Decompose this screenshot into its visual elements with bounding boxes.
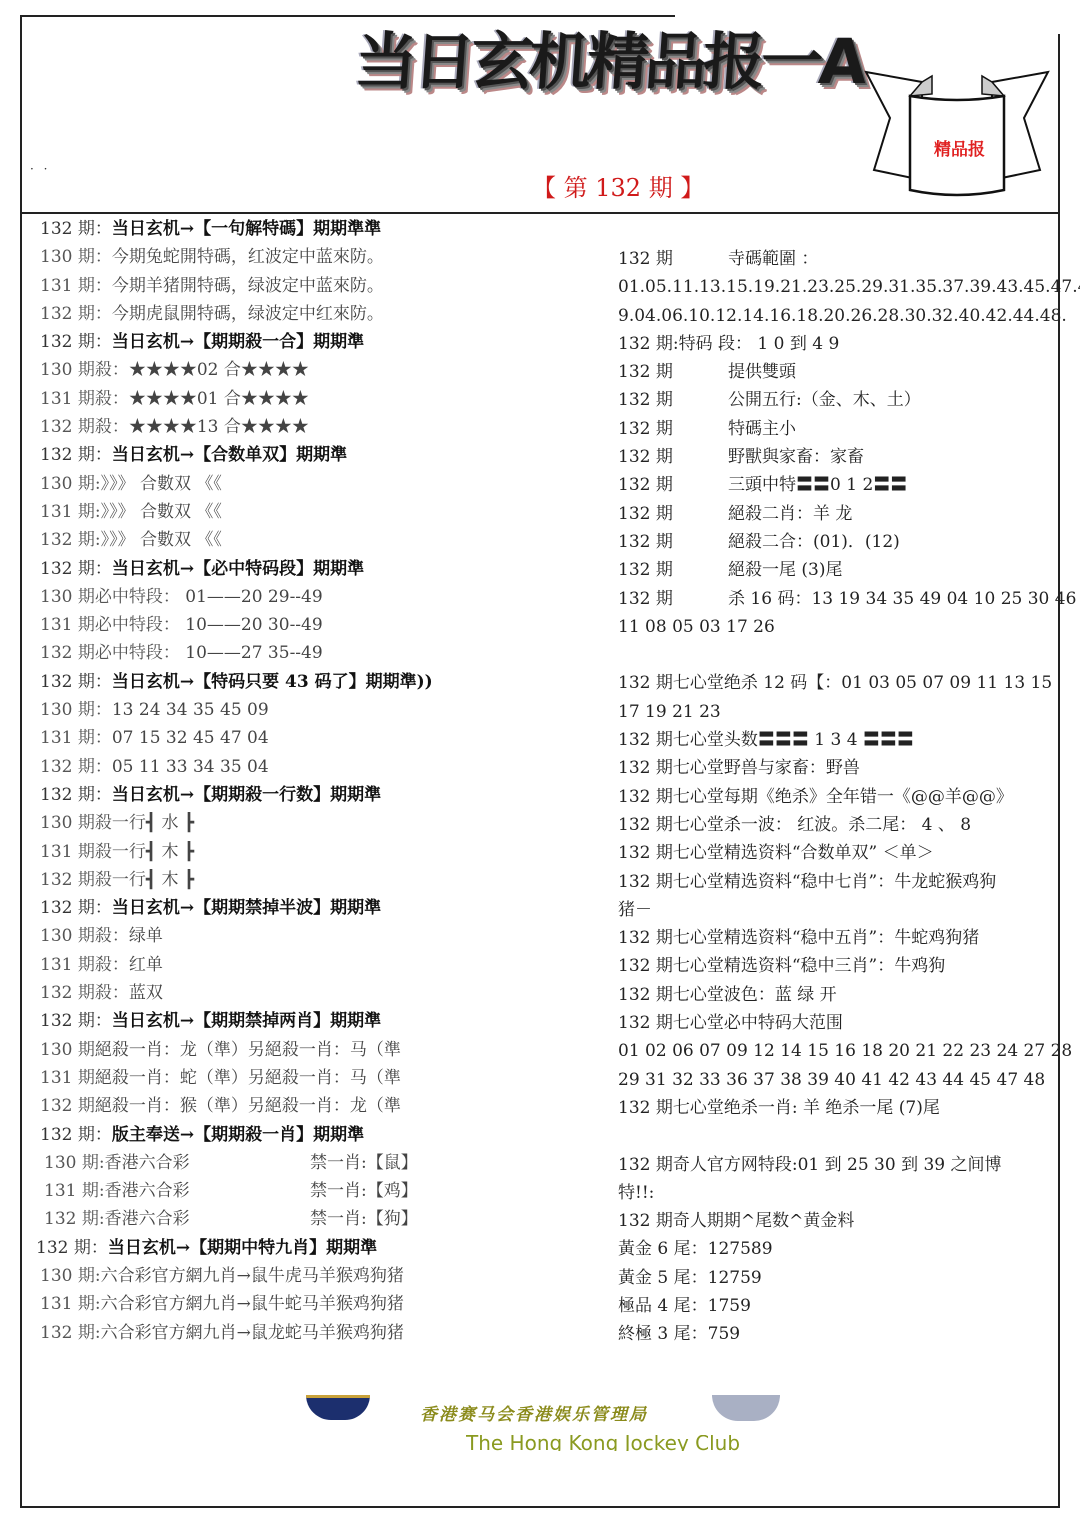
period-label: 132 期： xyxy=(40,898,112,918)
period-label: 130 期: xyxy=(40,1266,101,1286)
list-item: 130 期殺一行┫ 水 ┣ xyxy=(40,809,600,837)
item-text: 今期羊猪開特碼，绿波定中蓝來防。 xyxy=(112,276,384,296)
period-label: 130 期: xyxy=(44,1153,105,1173)
list-item: 終極 3 尾：759 xyxy=(618,1320,1048,1348)
item-text: 》》》 合數双 《《 xyxy=(101,474,222,494)
list-item: 132 期：今期虎鼠開特碼，绿波定中红來防。 xyxy=(40,300,600,328)
list-item: 132 期七心堂精选资料“稳中五肖”：牛蛇鸡狗猪 xyxy=(618,924,1048,952)
item-text: 六合彩官方網九肖→鼠牛蛇马羊猴鸡狗猪 xyxy=(101,1294,404,1314)
period-label: 130 期： xyxy=(40,700,112,720)
item-text: 当日玄机→【期期殺一合】期期準 xyxy=(112,332,364,352)
list-item: 132 期絕殺一肖：猴（準）另絕殺一肖：龙（準 xyxy=(40,1092,600,1120)
item-text: ┫ 木 ┣ xyxy=(146,842,194,862)
period-label: 130 期： xyxy=(40,247,112,267)
footer-english-text: The Hong Kong Jockey Club xyxy=(466,1435,740,1451)
list-item: 132 期七心堂每期《绝杀》全年错一《@@羊@@》 xyxy=(618,783,1048,811)
issue-number: 【 第 132 期 】 xyxy=(532,168,704,203)
item-text: 11 08 05 03 17 26 xyxy=(618,617,775,637)
banner-label: 精品报 xyxy=(934,135,985,160)
list-item: 132 期杀 16 码：13 19 34 35 49 04 10 25 30 4… xyxy=(618,585,1048,613)
period-label: 132 期: xyxy=(40,530,101,550)
period-label: 132 期： xyxy=(40,672,112,692)
period-label: 131 期殺： xyxy=(40,955,129,975)
item-text: ★★★★02 合★★★★ xyxy=(129,360,309,380)
list-item: 132 期特碼主小 xyxy=(618,415,1048,443)
item-text: 13 24 34 35 45 09 xyxy=(112,700,269,720)
period-label: 132 期： xyxy=(40,332,112,352)
list-item: 132 期七心堂精选资料“稳中三肖”：牛鸡狗 xyxy=(618,952,1048,980)
item-text: 香港六合彩 xyxy=(105,1209,190,1229)
period-label: 132 期必中特段： xyxy=(40,643,180,663)
period-label: 132 期 xyxy=(618,585,728,613)
period-label: 132 期： xyxy=(40,559,112,579)
list-item: 132 期七心堂绝杀 12 码【：01 03 05 07 09 11 13 15 xyxy=(618,669,1048,697)
period-label: 130 期殺： xyxy=(40,926,129,946)
period-label: 132 期 xyxy=(618,471,728,499)
list-item: 132 期:香港六合彩禁一肖:【狗】 xyxy=(40,1205,600,1233)
list-item: 130 期：13 24 34 35 45 09 xyxy=(40,696,600,724)
list-item: 9.04.06.10.12.14.16.18.20.26.28.30.32.40… xyxy=(618,302,1048,330)
list-item: 131 期:香港六合彩禁一肖:【鸡】 xyxy=(40,1177,600,1205)
item-text: 香港六合彩 xyxy=(105,1153,190,1173)
period-label: 132 期： xyxy=(40,445,112,465)
item-text: 17 19 21 23 xyxy=(618,702,721,722)
item-text: 三頭中特〓〓0 1 2〓〓 xyxy=(728,475,907,495)
period-label: 132 期: xyxy=(44,1209,105,1229)
list-item: 17 19 21 23 xyxy=(618,698,1048,726)
item-text: 132 期七心堂头数〓〓〓 1 3 4 〓〓〓 xyxy=(618,730,914,750)
period-label: 132 期 xyxy=(618,245,728,273)
item-text: 绿单 xyxy=(129,926,163,946)
list-item: 01.05.11.13.15.19.21.23.25.29.31.35.37.3… xyxy=(618,273,1048,301)
period-label: 131 期： xyxy=(40,276,112,296)
list-item: 131 期絕殺一肖：蛇（準）另絕殺一肖：马（準 xyxy=(40,1064,600,1092)
list-item: 131 期殺：★★★★01 合★★★★ xyxy=(40,385,600,413)
frame-top-border xyxy=(20,15,675,17)
list-item: 132 期七心堂绝杀一肖: 羊 绝杀一尾 (7)尾 xyxy=(618,1094,1048,1122)
item-text: 六合彩官方網九肖→鼠牛虎马羊猴鸡狗猪 xyxy=(101,1266,404,1286)
header-divider xyxy=(20,212,1060,214)
list-item: 黃金 5 尾：12759 xyxy=(618,1264,1048,1292)
period-label: 132 期： xyxy=(40,757,112,777)
item-right-text: 禁一肖:【鼠】 xyxy=(310,1149,418,1177)
item-text: 05 11 33 34 35 04 xyxy=(112,757,269,777)
list-item: 猪－ xyxy=(618,896,1048,924)
frame-left-border xyxy=(20,15,22,1508)
list-item: 132 期七心堂必中特码大范围 xyxy=(618,1009,1048,1037)
item-text: 公開五行:（金、木、土） xyxy=(728,390,921,410)
period-label: 132 期 xyxy=(618,386,728,414)
period-label: 131 期必中特段： xyxy=(40,615,180,635)
period-label: 132 期殺一行 xyxy=(40,870,146,890)
item-text: 07 15 32 45 47 04 xyxy=(112,728,269,748)
item-text: 当日玄机→【一句解特碼】期期準準 xyxy=(112,219,381,239)
item-text: 今期虎鼠開特碼，绿波定中红來防。 xyxy=(112,304,384,324)
period-label: 130 期 xyxy=(40,1040,95,1060)
section-heading: 132 期：版主奉送→【期期殺一肖】期期準 xyxy=(40,1121,600,1149)
item-text: ┫ 水 ┣ xyxy=(146,813,194,833)
item-text: ┫ 木 ┣ xyxy=(146,870,194,890)
list-item: 132 期公開五行:（金、木、土） xyxy=(618,386,1048,414)
period-label: 132 期 xyxy=(618,443,728,471)
list-item: 132 期三頭中特〓〓0 1 2〓〓 xyxy=(618,471,1048,499)
period-label: 132 期： xyxy=(40,219,112,239)
period-label: 131 期殺一行 xyxy=(40,842,146,862)
item-text: 132 期七心堂精选资料“稳中五肖”：牛蛇鸡狗猪 xyxy=(618,928,979,948)
list-item: 131 期必中特段： 10——20 30--49 xyxy=(40,611,600,639)
item-text: 当日玄机→【期期禁掉两肖】期期準 xyxy=(112,1011,381,1031)
period-label: 132 期殺： xyxy=(40,983,129,1003)
period-label: 131 期: xyxy=(44,1181,105,1201)
list-item: 132 期七心堂精选资料“稳中七肖”：牛龙蛇猴鸡狗 xyxy=(618,868,1048,896)
period-label: 132 期殺： xyxy=(40,417,129,437)
item-text: 杀 16 码：13 19 34 35 49 04 10 25 30 46 xyxy=(728,589,1076,609)
period-label: 132 期 xyxy=(618,556,728,584)
decorative-dots: · · xyxy=(30,162,50,176)
period-label: 131 期: xyxy=(40,502,101,522)
list-item: 132 期:》》》 合數双 《《 xyxy=(40,526,600,554)
list-item: 132 期七心堂杀一波： 红波。杀二尾： 4 、 8 xyxy=(618,811,1048,839)
item-text: 野獸與家畜：家畜 xyxy=(728,447,864,467)
item-text: 特!!: xyxy=(618,1183,654,1203)
list-item: 132 期奇人官方网特段:01 到 25 30 到 39 之间博 xyxy=(618,1151,1048,1179)
period-label: 131 期: xyxy=(40,1294,101,1314)
list-item: 132 期寺碼範圍 ： xyxy=(618,245,1048,273)
item-text: 132 期七心堂野兽与家畜：野兽 xyxy=(618,758,860,778)
list-item: 132 期奇人期期^尾数^黄金料 xyxy=(618,1207,1048,1235)
list-item: 132 期殺：★★★★13 合★★★★ xyxy=(40,413,600,441)
list-item: 132 期:特码 段： 1 0 到 4 9 xyxy=(618,330,1048,358)
frame-right-border xyxy=(1058,34,1060,1508)
period-label: 132 期： xyxy=(40,785,112,805)
item-text: 01——20 29--49 xyxy=(180,587,323,607)
list-item: 132 期七心堂波色：蓝 绿 开 xyxy=(618,981,1048,1009)
list-item: 131 期殺：红单 xyxy=(40,951,600,979)
item-text: 当日玄机→【必中特码段】期期準 xyxy=(112,559,364,579)
list-item: 黃金 6 尾：127589 xyxy=(618,1235,1048,1263)
list-item: 132 期七心堂头数〓〓〓 1 3 4 〓〓〓 xyxy=(618,726,1048,754)
item-text: 絕殺一肖：龙（準）另絕殺一肖：马（準 xyxy=(95,1040,401,1060)
item-text: 当日玄机→【期期中特九肖】期期準 xyxy=(108,1238,377,1258)
period-label: 132 期： xyxy=(40,304,112,324)
item-text: 極品 4 尾：1759 xyxy=(618,1296,751,1316)
section-heading: 132 期：当日玄机→【合数单双】期期準 xyxy=(40,441,600,469)
item-text: 当日玄机→【期期殺一行数】期期準 xyxy=(112,785,381,805)
item-text: 六合彩官方網九肖→鼠龙蛇马羊猴鸡狗猪 xyxy=(101,1323,404,1343)
item-text: 10——20 30--49 xyxy=(180,615,323,635)
item-text: 132 期七心堂杀一波： 红波。杀二尾： 4 、 8 xyxy=(618,815,971,835)
list-item: 132 期野獸與家畜：家畜 xyxy=(618,443,1048,471)
list-item: 01 02 06 07 09 12 14 15 16 18 20 21 22 2… xyxy=(618,1037,1048,1065)
item-right-text: 禁一肖:【狗】 xyxy=(310,1205,418,1233)
item-text: 香港六合彩 xyxy=(105,1181,190,1201)
list-item: 130 期殺：绿单 xyxy=(40,922,600,950)
list-item: 130 期必中特段： 01——20 29--49 xyxy=(40,583,600,611)
list-item: 131 期殺一行┫ 木 ┣ xyxy=(40,838,600,866)
section-heading: 132 期：当日玄机→【必中特码段】期期準 xyxy=(40,555,600,583)
period-label: 132 期 xyxy=(618,415,728,443)
list-item: 132 期絕殺二肖：羊 龙 xyxy=(618,500,1048,528)
list-item: 特!!: xyxy=(618,1179,1048,1207)
item-text: 寺碼範圍 ： xyxy=(728,249,818,269)
item-text: 今期兔蛇開特碼，红波定中蓝來防。 xyxy=(112,247,384,267)
list-item: 131 期:》》》 合數双 《《 xyxy=(40,498,600,526)
item-text: 132 期七心堂精选资料“稳中三肖”：牛鸡狗 xyxy=(618,956,945,976)
list-item: 132 期必中特段： 10——27 35--49 xyxy=(40,639,600,667)
item-text: 132 期七心堂精选资料“合数单双” ＜单＞ xyxy=(618,843,934,863)
left-column: 132 期：当日玄机→【一句解特碼】期期準準130 期：今期兔蛇開特碼，红波定中… xyxy=(40,215,600,1347)
item-text: 当日玄机→【期期禁掉半波】期期準 xyxy=(112,898,381,918)
list-item: 132 期七心堂精选资料“合数单双” ＜单＞ xyxy=(618,839,1048,867)
list-item: 132 期殺：蓝双 xyxy=(40,979,600,1007)
period-label: 132 期： xyxy=(40,1125,112,1145)
item-text: 終極 3 尾：759 xyxy=(618,1324,740,1344)
period-label: 130 期殺一行 xyxy=(40,813,146,833)
spacer xyxy=(618,1122,1048,1150)
list-item: 132 期提供雙頭 xyxy=(618,358,1048,386)
section-heading: 132 期：当日玄机→【期期中特九肖】期期準 xyxy=(36,1234,600,1262)
list-item: 132 期七心堂野兽与家畜：野兽 xyxy=(618,754,1048,782)
section-heading: 132 期：当日玄机→【期期殺一合】期期準 xyxy=(40,328,600,356)
period-label: 130 期殺： xyxy=(40,360,129,380)
item-text: 132 期七心堂绝杀一肖: 羊 绝杀一尾 (7)尾 xyxy=(618,1098,940,1118)
period-label: 130 期: xyxy=(40,474,101,494)
section-heading: 132 期：当日玄机→【一句解特碼】期期準準 xyxy=(40,215,600,243)
item-text: 絕殺二肖：羊 龙 xyxy=(728,504,852,524)
item-text: 红单 xyxy=(129,955,163,975)
list-item: 131 期：07 15 32 45 47 04 xyxy=(40,724,600,752)
frame-bottom-border xyxy=(20,1506,1060,1508)
list-item: 130 期:香港六合彩禁一肖:【鼠】 xyxy=(40,1149,600,1177)
item-text: 絕殺一肖：猴（準）另絕殺一肖：龙（準 xyxy=(95,1096,401,1116)
list-item: 11 08 05 03 17 26 xyxy=(618,613,1048,641)
item-text: 132 期七心堂精选资料“稳中七肖”：牛龙蛇猴鸡狗 xyxy=(618,872,996,892)
period-label: 132 期 xyxy=(40,1096,95,1116)
period-label: 132 期 xyxy=(618,500,728,528)
item-text: 01 02 06 07 09 12 14 15 16 18 20 21 22 2… xyxy=(618,1041,1072,1061)
item-text: 猪－ xyxy=(618,900,652,920)
period-label: 132 期 xyxy=(618,528,728,556)
item-text: 特碼主小 xyxy=(728,419,796,439)
ribbon-banner-icon xyxy=(862,62,1052,198)
list-item: 29 31 32 33 36 37 38 39 40 41 42 43 44 4… xyxy=(618,1066,1048,1094)
item-text: 絕殺一尾 (3)尾 xyxy=(728,560,842,580)
list-item: 極品 4 尾：1759 xyxy=(618,1292,1048,1320)
item-text: 》》》 合數双 《《 xyxy=(101,530,222,550)
item-text: 132 期奇人官方网特段:01 到 25 30 到 39 之间博 xyxy=(618,1155,1002,1175)
list-item: 131 期：今期羊猪開特碼，绿波定中蓝來防。 xyxy=(40,272,600,300)
section-heading: 132 期：当日玄机→【期期禁掉两肖】期期準 xyxy=(40,1007,600,1035)
item-text: 132 期七心堂波色：蓝 绿 开 xyxy=(618,985,837,1005)
list-item: 132 期:六合彩官方網九肖→鼠龙蛇马羊猴鸡狗猪 xyxy=(40,1319,600,1347)
item-text: 132 期:特码 段： 1 0 到 4 9 xyxy=(618,334,839,354)
period-label: 132 期： xyxy=(40,1011,112,1031)
item-text: ★★★★01 合★★★★ xyxy=(129,389,309,409)
section-heading: 132 期：当日玄机→【期期禁掉半波】期期準 xyxy=(40,894,600,922)
spacer xyxy=(618,641,1048,669)
item-text: 29 31 32 33 36 37 38 39 40 41 42 43 44 4… xyxy=(618,1070,1045,1090)
item-text: 黃金 6 尾：127589 xyxy=(618,1239,773,1259)
list-item: 132 期殺一行┫ 木 ┣ xyxy=(40,866,600,894)
list-item: 130 期絕殺一肖：龙（準）另絕殺一肖：马（準 xyxy=(40,1036,600,1064)
item-text: 132 期七心堂必中特码大范围 xyxy=(618,1013,843,1033)
list-item: 130 期：今期兔蛇開特碼，红波定中蓝來防。 xyxy=(40,243,600,271)
item-text: 提供雙頭 xyxy=(728,362,796,382)
item-text: 黃金 5 尾：12759 xyxy=(618,1268,762,1288)
jockey-club-crest-icon xyxy=(306,1395,370,1420)
period-label: 132 期： xyxy=(36,1238,108,1258)
item-text: 132 期奇人期期^尾数^黄金料 xyxy=(618,1211,854,1231)
period-label: 130 期必中特段： xyxy=(40,587,180,607)
period-label: 131 期： xyxy=(40,728,112,748)
item-text: 01.05.11.13.15.19.21.23.25.29.31.35.37.3… xyxy=(618,277,1080,297)
list-item: 132 期絕殺二合：(01)．(12) xyxy=(618,528,1048,556)
page-title: 当日玄机精品报一A xyxy=(352,22,878,102)
item-right-text: 禁一肖:【鸡】 xyxy=(310,1177,418,1205)
globe-emblem-icon xyxy=(712,1395,780,1421)
item-text: 》》》 合數双 《《 xyxy=(101,502,222,522)
period-label: 132 期: xyxy=(40,1323,101,1343)
list-item: 130 期:六合彩官方網九肖→鼠牛虎马羊猴鸡狗猪 xyxy=(40,1262,600,1290)
item-text: 絕殺一肖：蛇（準）另絕殺一肖：马（準 xyxy=(95,1068,401,1088)
item-text: 版主奉送→【期期殺一肖】期期準 xyxy=(112,1125,364,1145)
footer-chinese-text: 香港赛马会香港娱乐管理局 xyxy=(420,1400,648,1425)
item-text: 10——27 35--49 xyxy=(180,643,323,663)
list-item: 132 期：05 11 33 34 35 04 xyxy=(40,753,600,781)
period-label: 131 期 xyxy=(40,1068,95,1088)
item-text: 132 期七心堂绝杀 12 码【：01 03 05 07 09 11 13 15 xyxy=(618,673,1052,693)
right-column: 132 期寺碼範圍 ：01.05.11.13.15.19.21.23.25.29… xyxy=(618,245,1048,1349)
item-text: 当日玄机→【合数单双】期期準 xyxy=(112,445,347,465)
list-item: 130 期:》》》 合數双 《《 xyxy=(40,470,600,498)
section-heading: 132 期：当日玄机→【特码只要 43 码了】期期準)) xyxy=(40,668,600,696)
section-heading: 132 期：当日玄机→【期期殺一行数】期期準 xyxy=(40,781,600,809)
list-item: 131 期:六合彩官方網九肖→鼠牛蛇马羊猴鸡狗猪 xyxy=(40,1290,600,1318)
period-label: 132 期 xyxy=(618,358,728,386)
item-text: 当日玄机→【特码只要 43 码了】期期準)) xyxy=(112,672,433,692)
item-text: 絕殺二合：(01)．(12) xyxy=(728,532,900,552)
period-label: 131 期殺： xyxy=(40,389,129,409)
item-text: 蓝双 xyxy=(129,983,163,1003)
item-text: 9.04.06.10.12.14.16.18.20.26.28.30.32.40… xyxy=(618,306,1067,326)
list-item: 132 期絕殺一尾 (3)尾 xyxy=(618,556,1048,584)
item-text: ★★★★13 合★★★★ xyxy=(129,417,309,437)
item-text: 132 期七心堂每期《绝杀》全年错一《@@羊@@》 xyxy=(618,787,1013,807)
list-item: 130 期殺：★★★★02 合★★★★ xyxy=(40,356,600,384)
